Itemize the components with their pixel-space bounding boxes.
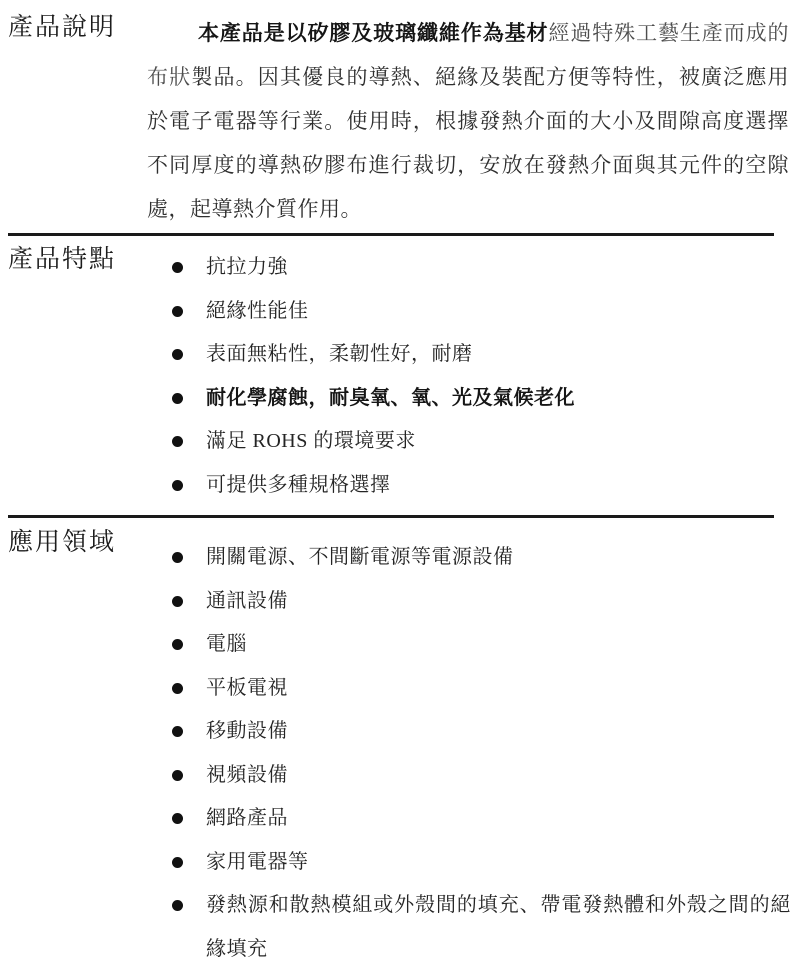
list-item: 通訊設備 bbox=[172, 580, 800, 624]
bullet-icon bbox=[172, 813, 183, 824]
list-item-label: 移動設備 bbox=[206, 710, 288, 754]
feature-list: 抗拉力強 絕緣性能佳 表面無粘性，柔韌性好，耐磨 耐化學腐蝕，耐臭氧、氧、光及氣… bbox=[147, 236, 800, 515]
application-areas-heading: 應用領域 bbox=[0, 518, 147, 976]
bullet-icon bbox=[172, 726, 183, 737]
description-lead-bold: 本產品是以矽膠及玻璃纖維作為基材 bbox=[198, 21, 548, 45]
list-item-label: 表面無粘性，柔韌性好，耐磨 bbox=[206, 333, 473, 377]
list-item: 抗拉力強 bbox=[172, 246, 800, 290]
list-item: 可提供多種規格選擇 bbox=[172, 464, 800, 508]
list-item-label: 家用電器等 bbox=[206, 841, 309, 885]
list-item: 表面無粘性，柔韌性好，耐磨 bbox=[172, 333, 800, 377]
list-item-label: 平板電視 bbox=[206, 667, 288, 711]
list-item-label: 滿足 ROHS 的環境要求 bbox=[206, 420, 416, 464]
list-item: 電腦 bbox=[172, 623, 800, 667]
list-item-label: 抗拉力強 bbox=[206, 246, 288, 290]
list-item: 耐化學腐蝕，耐臭氧、氧、光及氣候老化 bbox=[172, 377, 800, 421]
bullet-icon bbox=[172, 900, 183, 911]
section-application-areas: 應用領域 開關電源、不間斷電源等電源設備 通訊設備 電腦 平板電視 移動設備 視… bbox=[0, 518, 800, 976]
description-body-text: 製品。因其優良的導熱、絕緣及裝配方便等特性，被廣泛應用於電子電器等行業。使用時，… bbox=[147, 65, 789, 221]
list-item: 移動設備 bbox=[172, 710, 800, 754]
product-description-heading: 產品說明 bbox=[0, 0, 147, 233]
list-item-label: 開關電源、不間斷電源等電源設備 bbox=[206, 536, 514, 580]
list-item: 滿足 ROHS 的環境要求 bbox=[172, 420, 800, 464]
list-item-label: 可提供多種規格選擇 bbox=[206, 464, 391, 508]
section-product-description: 產品說明 本產品是以矽膠及玻璃纖維作為基材經過特殊工藝生產而成的布狀製品。因其優… bbox=[0, 0, 800, 233]
list-item-label: 耐化學腐蝕，耐臭氧、氧、光及氣候老化 bbox=[206, 377, 575, 421]
bullet-icon bbox=[172, 306, 183, 317]
bullet-icon bbox=[172, 683, 183, 694]
section-product-features: 產品特點 抗拉力強 絕緣性能佳 表面無粘性，柔韌性好，耐磨 耐化學腐蝕，耐臭氧、… bbox=[0, 236, 800, 515]
datasheet-page: 產品說明 本產品是以矽膠及玻璃纖維作為基材經過特殊工藝生產而成的布狀製品。因其優… bbox=[0, 0, 800, 976]
bullet-icon bbox=[172, 596, 183, 607]
product-description-paragraph: 本產品是以矽膠及玻璃纖維作為基材經過特殊工藝生產而成的布狀製品。因其優良的導熱、… bbox=[147, 0, 789, 233]
list-item: 發熱源和散熱模組或外殼間的填充、帶電發熱體和外殼之間的絕緣填充 bbox=[172, 884, 800, 971]
list-item: 絕緣性能佳 bbox=[172, 290, 800, 334]
bullet-icon bbox=[172, 857, 183, 868]
list-item-label: 絕緣性能佳 bbox=[206, 290, 309, 334]
bullet-icon bbox=[172, 480, 183, 491]
list-item-label: 通訊設備 bbox=[206, 580, 288, 624]
bullet-icon bbox=[172, 393, 183, 404]
list-item: 視頻設備 bbox=[172, 754, 800, 798]
list-item: 家用電器等 bbox=[172, 841, 800, 885]
product-features-heading: 產品特點 bbox=[0, 236, 147, 515]
list-item-label: 視頻設備 bbox=[206, 754, 288, 798]
list-item-label: 發熱源和散熱模組或外殼間的填充、帶電發熱體和外殼之間的絕緣填充 bbox=[206, 884, 791, 971]
list-item-label: 電腦 bbox=[206, 623, 247, 667]
list-item: 開關電源、不間斷電源等電源設備 bbox=[172, 536, 800, 580]
list-item: 網路產品 bbox=[172, 797, 800, 841]
bullet-icon bbox=[172, 770, 183, 781]
bullet-icon bbox=[172, 639, 183, 650]
list-item: 平板電視 bbox=[172, 667, 800, 711]
bullet-icon bbox=[172, 349, 183, 360]
list-item-label: 網路產品 bbox=[206, 797, 288, 841]
bullet-icon bbox=[172, 552, 183, 563]
application-list: 開關電源、不間斷電源等電源設備 通訊設備 電腦 平板電視 移動設備 視頻設備 網… bbox=[147, 518, 800, 976]
bullet-icon bbox=[172, 262, 183, 273]
bullet-icon bbox=[172, 436, 183, 447]
